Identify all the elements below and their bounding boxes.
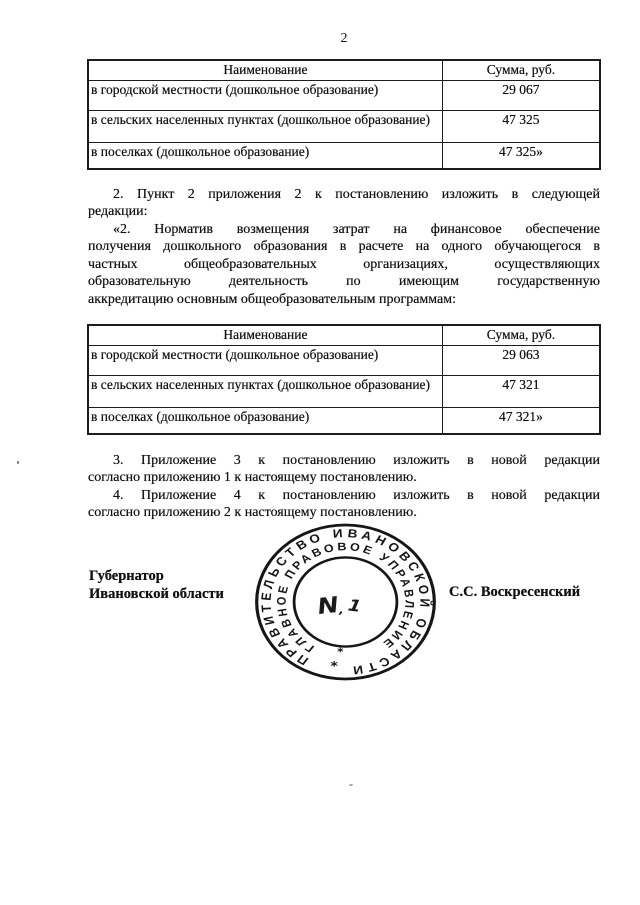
name-cell: в городской местности (дошкольное образо… <box>88 80 442 110</box>
amount-cell: 47 325 <box>442 110 600 142</box>
scan-artifact-dot <box>349 784 353 786</box>
scan-artifact-dot <box>17 461 19 464</box>
paragraph-line: образовательную деятельность по имеющим … <box>88 273 600 290</box>
table-row: в сельских населенных пунктах (дошкольно… <box>88 110 600 142</box>
column-header-sum: Сумма, руб. <box>442 60 600 80</box>
name-cell: в поселках (дошкольное образование) <box>88 407 442 434</box>
svg-text:1: 1 <box>346 596 362 616</box>
signatory-title: Губернатор Ивановской области <box>89 567 224 603</box>
legal-department-stamp: ПРАВИТЕЛЬСТВО ИВАНОВСКОЙ ОБЛАСТИ ГЛАВНОЕ… <box>252 521 439 683</box>
column-header-sum: Сумма, руб. <box>442 325 600 345</box>
signatory-title-line2: Ивановской области <box>89 585 224 603</box>
page-number: 2 <box>88 31 600 47</box>
paragraph-line: получения дошкольного образования в расч… <box>88 238 600 255</box>
svg-text:,: , <box>338 603 344 616</box>
paragraph-item-3: 3. Приложение 3 к постановлению изложить… <box>88 452 600 487</box>
table-row: в сельских населенных пунктах (дошкольно… <box>88 375 600 407</box>
stamp-center-handwritten-number: N , 1 <box>316 591 363 619</box>
column-header-name: Наименование <box>88 325 442 345</box>
stamp-inner-circle <box>294 557 397 646</box>
paragraph-line: 4. Приложение 4 к постановлению изложить… <box>88 487 600 504</box>
stamp-seal-graphic: ПРАВИТЕЛЬСТВО ИВАНОВСКОЙ ОБЛАСТИ ГЛАВНОЕ… <box>252 521 439 683</box>
amount-cell: 47 321 <box>442 375 600 407</box>
paragraph-line: согласно приложению 2 к настоящему поста… <box>88 504 600 521</box>
name-cell: в сельских населенных пунктах (дошкольно… <box>88 110 442 142</box>
paragraph-norm-text: «2. Норматив возмещения затрат на финанс… <box>88 221 600 308</box>
table-header-row: НаименованиеСумма, руб. <box>88 60 600 80</box>
table-header-row: НаименованиеСумма, руб. <box>88 325 600 345</box>
stamp-inner-star: * <box>337 645 343 658</box>
paragraph-line: согласно приложению 1 к настоящему поста… <box>88 469 600 486</box>
paragraph-line: «2. Норматив возмещения затрат на финанс… <box>88 221 600 238</box>
paragraph-line: аккредитацию основным общеобразовательны… <box>88 291 600 308</box>
amount-cell: 29 063 <box>442 345 600 375</box>
table-row: в городской местности (дошкольное образо… <box>88 345 600 375</box>
amount-cell: 47 325» <box>442 142 600 169</box>
name-cell: в поселках (дошкольное образование) <box>88 142 442 169</box>
paragraph-line: частных общеобразовательных организациях… <box>88 256 600 273</box>
amount-cell: 29 067 <box>442 80 600 110</box>
scanned-decree-page: 2 НаименованиеСумма, руб.в городской мес… <box>0 0 640 905</box>
signatory-title-line1: Губернатор <box>89 567 224 585</box>
amount-cell: 47 321» <box>442 407 600 434</box>
signatory-name: С.С. Воскресенский <box>449 584 580 601</box>
paragraph-item-4: 4. Приложение 4 к постановлению изложить… <box>88 487 600 522</box>
name-cell: в сельских населенных пунктах (дошкольно… <box>88 375 442 407</box>
svg-text:N: N <box>316 591 341 619</box>
column-header-name: Наименование <box>88 60 442 80</box>
name-cell: в городской местности (дошкольное образо… <box>88 345 442 375</box>
stamp-outer-star: * <box>331 660 338 674</box>
paragraph-item-2: 2. Пункт 2 приложения 2 к постановлению … <box>88 186 600 221</box>
paragraph-line: 3. Приложение 3 к постановлению изложить… <box>88 452 600 469</box>
preschool-rates-table-1: НаименованиеСумма, руб.в городской местн… <box>87 59 601 170</box>
paragraph-line: редакции: <box>88 203 600 220</box>
paragraph-line: 2. Пункт 2 приложения 2 к постановлению … <box>88 186 600 203</box>
table-row: в поселках (дошкольное образование)47 32… <box>88 142 600 169</box>
table-row: в городской местности (дошкольное образо… <box>88 80 600 110</box>
preschool-rates-table-2: НаименованиеСумма, руб.в городской местн… <box>87 324 601 435</box>
table-row: в поселках (дошкольное образование)47 32… <box>88 407 600 434</box>
